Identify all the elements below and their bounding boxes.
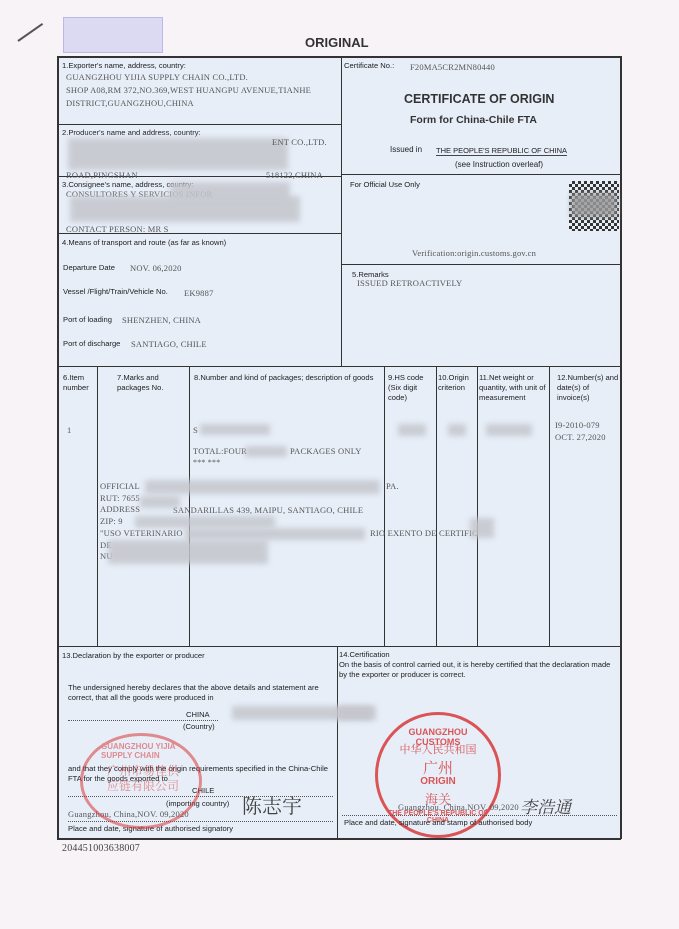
header-origin-criterion: 10.Origin criterion bbox=[438, 373, 476, 393]
redacted-origin-criterion bbox=[448, 424, 466, 436]
pen-mark bbox=[17, 23, 43, 42]
item-number: 1 bbox=[67, 425, 71, 435]
redacted-marks bbox=[145, 480, 380, 494]
departure-label: Departure Date bbox=[63, 263, 115, 272]
customs-signature: 李浩通 bbox=[520, 793, 571, 818]
certification-text: On the basis of control carried out, it … bbox=[339, 660, 617, 680]
redacted-marks bbox=[135, 516, 275, 528]
header-description: 8.Number and kind of packages; descripti… bbox=[194, 373, 382, 383]
redacted-hs-code bbox=[398, 424, 426, 436]
declaration-text: The undersigned hereby declares that the… bbox=[68, 683, 333, 703]
header-invoice: 12.Number(s) and date(s) of invoice(s) bbox=[557, 373, 619, 403]
customs-stamp-cn-mid: 广州 bbox=[408, 757, 468, 778]
consignee-contact: CONTACT PERSON: MR S bbox=[66, 224, 169, 234]
header-item-number: 6.Item number bbox=[63, 373, 96, 393]
producer-label: 2.Producer's name and address, country: bbox=[62, 128, 201, 137]
exporter-signature: 陈志宇 bbox=[242, 790, 302, 819]
producer-address: ROAD,PINGSHAN bbox=[66, 170, 138, 180]
exporter-label: 1.Exporter's name, address, country: bbox=[62, 61, 186, 70]
security-watermark bbox=[63, 17, 163, 53]
certificate-title: CERTIFICATE OF ORIGIN bbox=[404, 92, 554, 106]
redacted-marks bbox=[185, 528, 365, 540]
footer-number: 204451003638007 bbox=[62, 843, 140, 854]
producer-address-tail: 518122,CHINA bbox=[266, 170, 323, 180]
certification-place-date: Guangzhou, China,NOV. 09,2020 bbox=[398, 802, 519, 812]
customs-stamp-origin: ORIGIN bbox=[408, 776, 468, 787]
total-packages: TOTAL:FOUR bbox=[193, 446, 247, 456]
certificate-subtitle: Form for China-Chile FTA bbox=[410, 114, 537, 126]
cert-no-value: F20MA5CR2MN80440 bbox=[410, 62, 495, 72]
certification-label: 14.Certification bbox=[339, 650, 390, 659]
marks-line-tail: SANDARILLAS 439, MAIPU, SANTIAGO, CHILE bbox=[173, 505, 363, 515]
official-use-label: For Official Use Only bbox=[350, 180, 420, 189]
transport-label: 4.Means of transport and route (as far a… bbox=[62, 238, 226, 247]
marks-line-tail: RIO EXENTO DE CERTIFIC bbox=[370, 528, 478, 538]
company-stamp-cn: 广州市易佳供应链有限公司 bbox=[103, 764, 183, 794]
header-marks: 7.Marks and packages No. bbox=[117, 373, 187, 393]
loading-label: Port of loading bbox=[63, 315, 112, 324]
country-caption: (Country) bbox=[183, 722, 215, 731]
company-stamp-text: GUANGZHOU YIJIA SUPPLY CHAIN bbox=[101, 742, 199, 760]
redacted-total bbox=[245, 446, 287, 457]
exporter-line: GUANGZHOU YIJIA SUPPLY CHAIN CO.,LTD. bbox=[66, 71, 311, 84]
header-net-weight: 11.Net weight or quantity, with unit of … bbox=[479, 373, 549, 403]
redacted-consignee-2 bbox=[170, 182, 290, 200]
redacted-net-weight bbox=[486, 424, 532, 436]
discharge-label: Port of discharge bbox=[63, 339, 120, 348]
redacted-marks bbox=[140, 496, 180, 508]
exporter-details: GUANGZHOU YIJIA SUPPLY CHAIN CO.,LTD. SH… bbox=[66, 71, 311, 110]
instruction-note: (see Instruction overleaf) bbox=[455, 160, 543, 169]
issued-in-value: THE PEOPLE'S REPUBLIC OF CHINA bbox=[436, 146, 567, 156]
redacted-certification bbox=[338, 706, 376, 720]
redacted-qr bbox=[571, 193, 617, 217]
exporter-line: DISTRICT,GUANGZHOU,CHINA bbox=[66, 97, 311, 110]
exporter-line: SHOP A08,RM 372,NO.369,WEST HUANGPU AVEN… bbox=[66, 84, 311, 97]
original-label: ORIGINAL bbox=[305, 35, 369, 50]
certification-footer: Place and date, signature and stamp of a… bbox=[344, 818, 532, 827]
redacted-producer bbox=[68, 138, 288, 170]
loading-value: SHENZHEN, CHINA bbox=[122, 315, 201, 325]
goods-description: S bbox=[193, 425, 198, 435]
declaration-label: 13.Declaration by the exporter or produc… bbox=[62, 651, 205, 660]
marks-line-tail: PA. bbox=[386, 481, 399, 491]
producer-line-tail: ENT CO.,LTD. bbox=[272, 137, 327, 147]
vessel-value: EK9887 bbox=[184, 288, 214, 298]
issued-in-label: Issued in bbox=[390, 145, 422, 154]
remarks-value: ISSUED RETROACTIVELY bbox=[357, 278, 462, 288]
cert-no-label: Certificate No.: bbox=[344, 61, 394, 70]
produced-country: CHINA bbox=[186, 710, 210, 719]
verification-url: Verification:origin.customs.gov.cn bbox=[412, 248, 536, 258]
marks-line: "USO VETERINARIO bbox=[100, 528, 183, 540]
redacted-marks bbox=[470, 518, 494, 538]
total-packages-tail: PACKAGES ONLY bbox=[290, 446, 362, 456]
redacted-description bbox=[200, 424, 270, 435]
departure-value: NOV. 06,2020 bbox=[130, 263, 182, 273]
invoice-number: I9-2010-079 bbox=[555, 420, 600, 430]
company-stamp: GUANGZHOU YIJIA SUPPLY CHAIN 广州市易佳供应链有限公… bbox=[80, 733, 202, 829]
header-hs-code: 9.HS code (Six digit code) bbox=[388, 373, 436, 403]
invoice-date: OCT. 27,2020 bbox=[555, 432, 606, 442]
redacted-marks bbox=[108, 540, 268, 564]
stars: *** *** bbox=[193, 458, 220, 467]
vessel-label: Vessel /Flight/Train/Vehicle No. bbox=[63, 287, 168, 296]
discharge-value: SANTIAGO, CHILE bbox=[131, 339, 207, 349]
customs-stamp-cn-arc: 中华人民共和国 bbox=[398, 741, 478, 757]
